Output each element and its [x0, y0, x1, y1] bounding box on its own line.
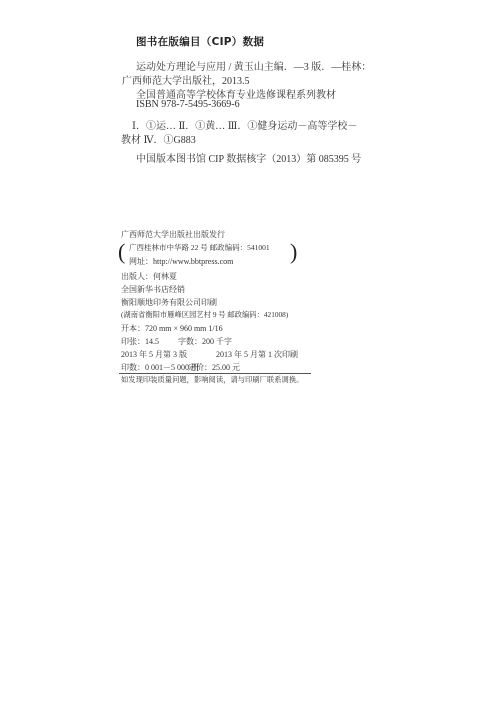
cip-title: 图书在版编目（CIP）数据 [136, 34, 264, 49]
cip-classification-line: 教材 Ⅳ．①G883 [121, 131, 196, 146]
imprint-printer: 衡阳顺地印务有限公司印刷 [121, 297, 217, 308]
cip-isbn-line: ISBN 978-7-5495-3669-6 [136, 99, 240, 110]
imprint-publisher: 广西师范大学出版社出版发行 [121, 229, 225, 240]
close-paren-bracket: ) [290, 241, 297, 263]
imprint-price: 定价：25.00 元 [188, 362, 240, 373]
imprint-format: 开本：720 mm × 960 mm 1/16 [121, 323, 223, 334]
open-paren-bracket: ( [118, 241, 125, 263]
cip-bibliographic-line: 广西师范大学出版社，2013.5 [122, 72, 250, 87]
imprint-distributor: 全国新华书店经销 [121, 284, 185, 295]
cip-classification-line: Ⅰ．①运… Ⅱ．①黄… Ⅲ．①健身运动－高等学校－ [132, 117, 357, 132]
imprint-divider [119, 373, 311, 374]
imprint-sheets: 印张：14.5 [121, 336, 159, 347]
imprint-website: 网址：http://www.bbtpress.com [129, 256, 233, 267]
cip-bibliographic-line: 运动处方理论与应用 / 黄玉山主编．—3 版．—桂林： [136, 58, 371, 73]
imprint-notice: 如发现印装质量问题，影响阅读，请与印刷厂联系调换。 [121, 375, 303, 385]
imprint-printing: 2013 年 5 月第 1 次印刷 [216, 349, 298, 360]
imprint-publisher-person: 出版人：何林夏 [121, 271, 177, 282]
imprint-edition: 2013 年 5 月第 3 版 [121, 349, 187, 360]
imprint-printer-address: (湖南省衡阳市雁峰区园艺村 9 号 邮政编码：421008) [121, 310, 288, 320]
cip-record-number: 中国版本图书馆 CIP 数据核字（2013）第 085395 号 [136, 150, 361, 165]
imprint-word-count: 字数：200 千字 [178, 336, 232, 347]
imprint-address: 广西桂林市中华路 22 号 邮政编码：541001 [129, 242, 270, 253]
